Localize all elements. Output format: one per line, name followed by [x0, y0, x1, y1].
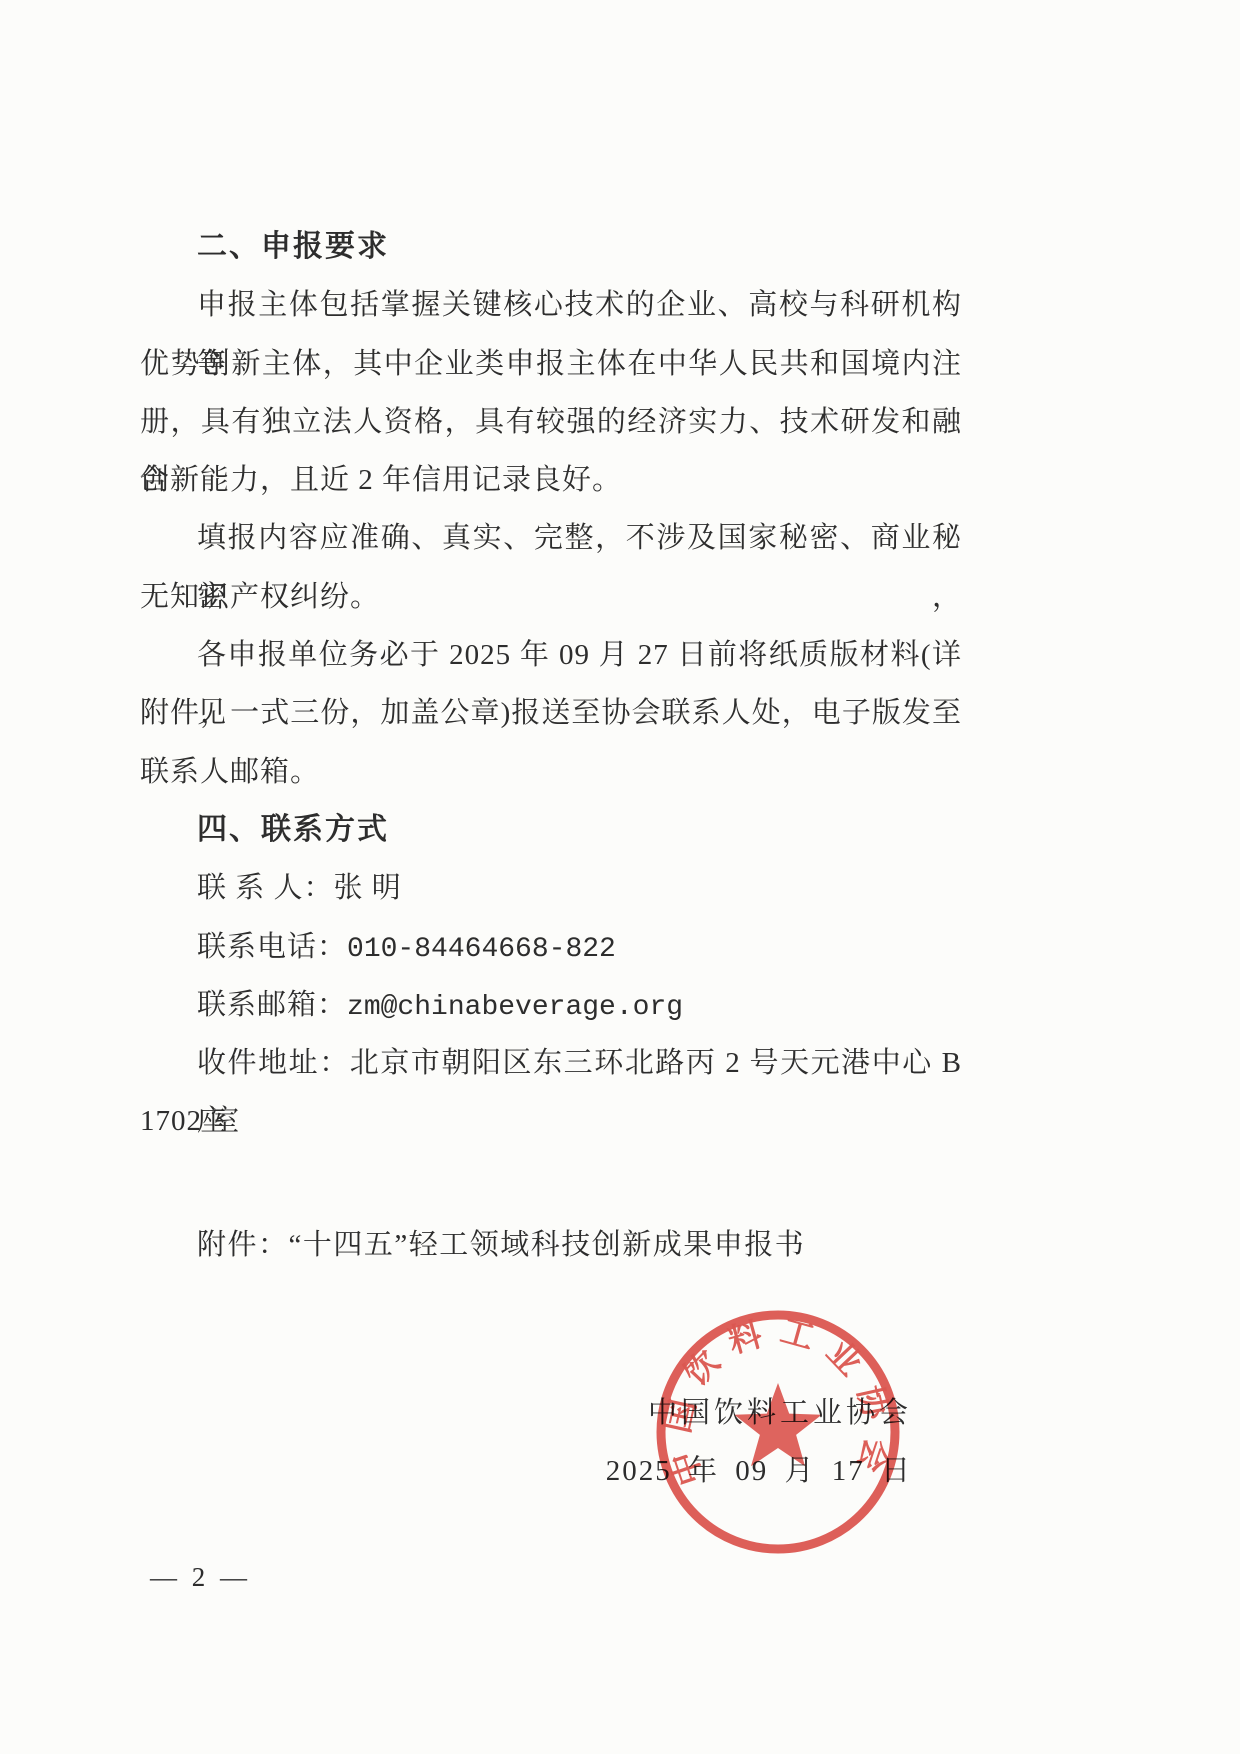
text-line: 联系电话：010-84464668-822 [140, 918, 962, 976]
text-line: 联系人邮箱。 [140, 743, 962, 801]
text-line: 1702 室 [140, 1092, 962, 1150]
field-label: 联系邮箱： [197, 989, 347, 1021]
text-line: 优势创新主体，其中企业类申报主体在中华人民共和国境内注 [140, 335, 962, 393]
section-heading: 二、申报要求 [140, 218, 962, 276]
text-line: 联 系 人：张 明 [140, 859, 962, 917]
attachment-line: 附件：“十四五”轻工领域科技创新成果申报书 [197, 1222, 805, 1263]
text-line: 各申报单位务必于 2025 年 09 月 27 日前将纸质版材料(详见 [140, 626, 962, 684]
document-page: 二、申报要求申报主体包括掌握关键核心技术的企业、高校与科研机构等优势创新主体，其… [0, 0, 1240, 1754]
text-line: 申报主体包括掌握关键核心技术的企业、高校与科研机构等 [140, 276, 962, 334]
official-seal-icon: 中国饮料工业协会 [650, 1303, 906, 1559]
text-line: 创新能力，且近 2 年信用记录良好。 [140, 451, 962, 509]
page-number: — 2 — [150, 1562, 251, 1593]
field-value: 张 明 [334, 872, 402, 904]
field-label: 联 系 人： [197, 872, 334, 904]
text-line: 收件地址：北京市朝阳区东三环北路丙 2 号天元港中心 B 座 [140, 1034, 962, 1092]
seal-star-icon [734, 1383, 821, 1466]
section-heading: 四、联系方式 [140, 801, 962, 859]
field-value: 010-84464668-822 [347, 934, 616, 965]
body-lines: 二、申报要求申报主体包括掌握关键核心技术的企业、高校与科研机构等优势创新主体，其… [140, 218, 962, 1151]
text-line: 联系邮箱：zm@chinabeverage.org [140, 976, 962, 1034]
field-label: 联系电话： [197, 931, 347, 963]
text-line: 册，具有独立法人资格，具有较强的经济实力、技术研发和融合 [140, 393, 962, 451]
text-line: 填报内容应准确、真实、完整，不涉及国家秘密、商业秘密， [140, 509, 962, 567]
field-value: zm@chinabeverage.org [347, 992, 683, 1023]
text-line: 附件，一式三份，加盖公章)报送至协会联系人处，电子版发至 [140, 684, 962, 742]
